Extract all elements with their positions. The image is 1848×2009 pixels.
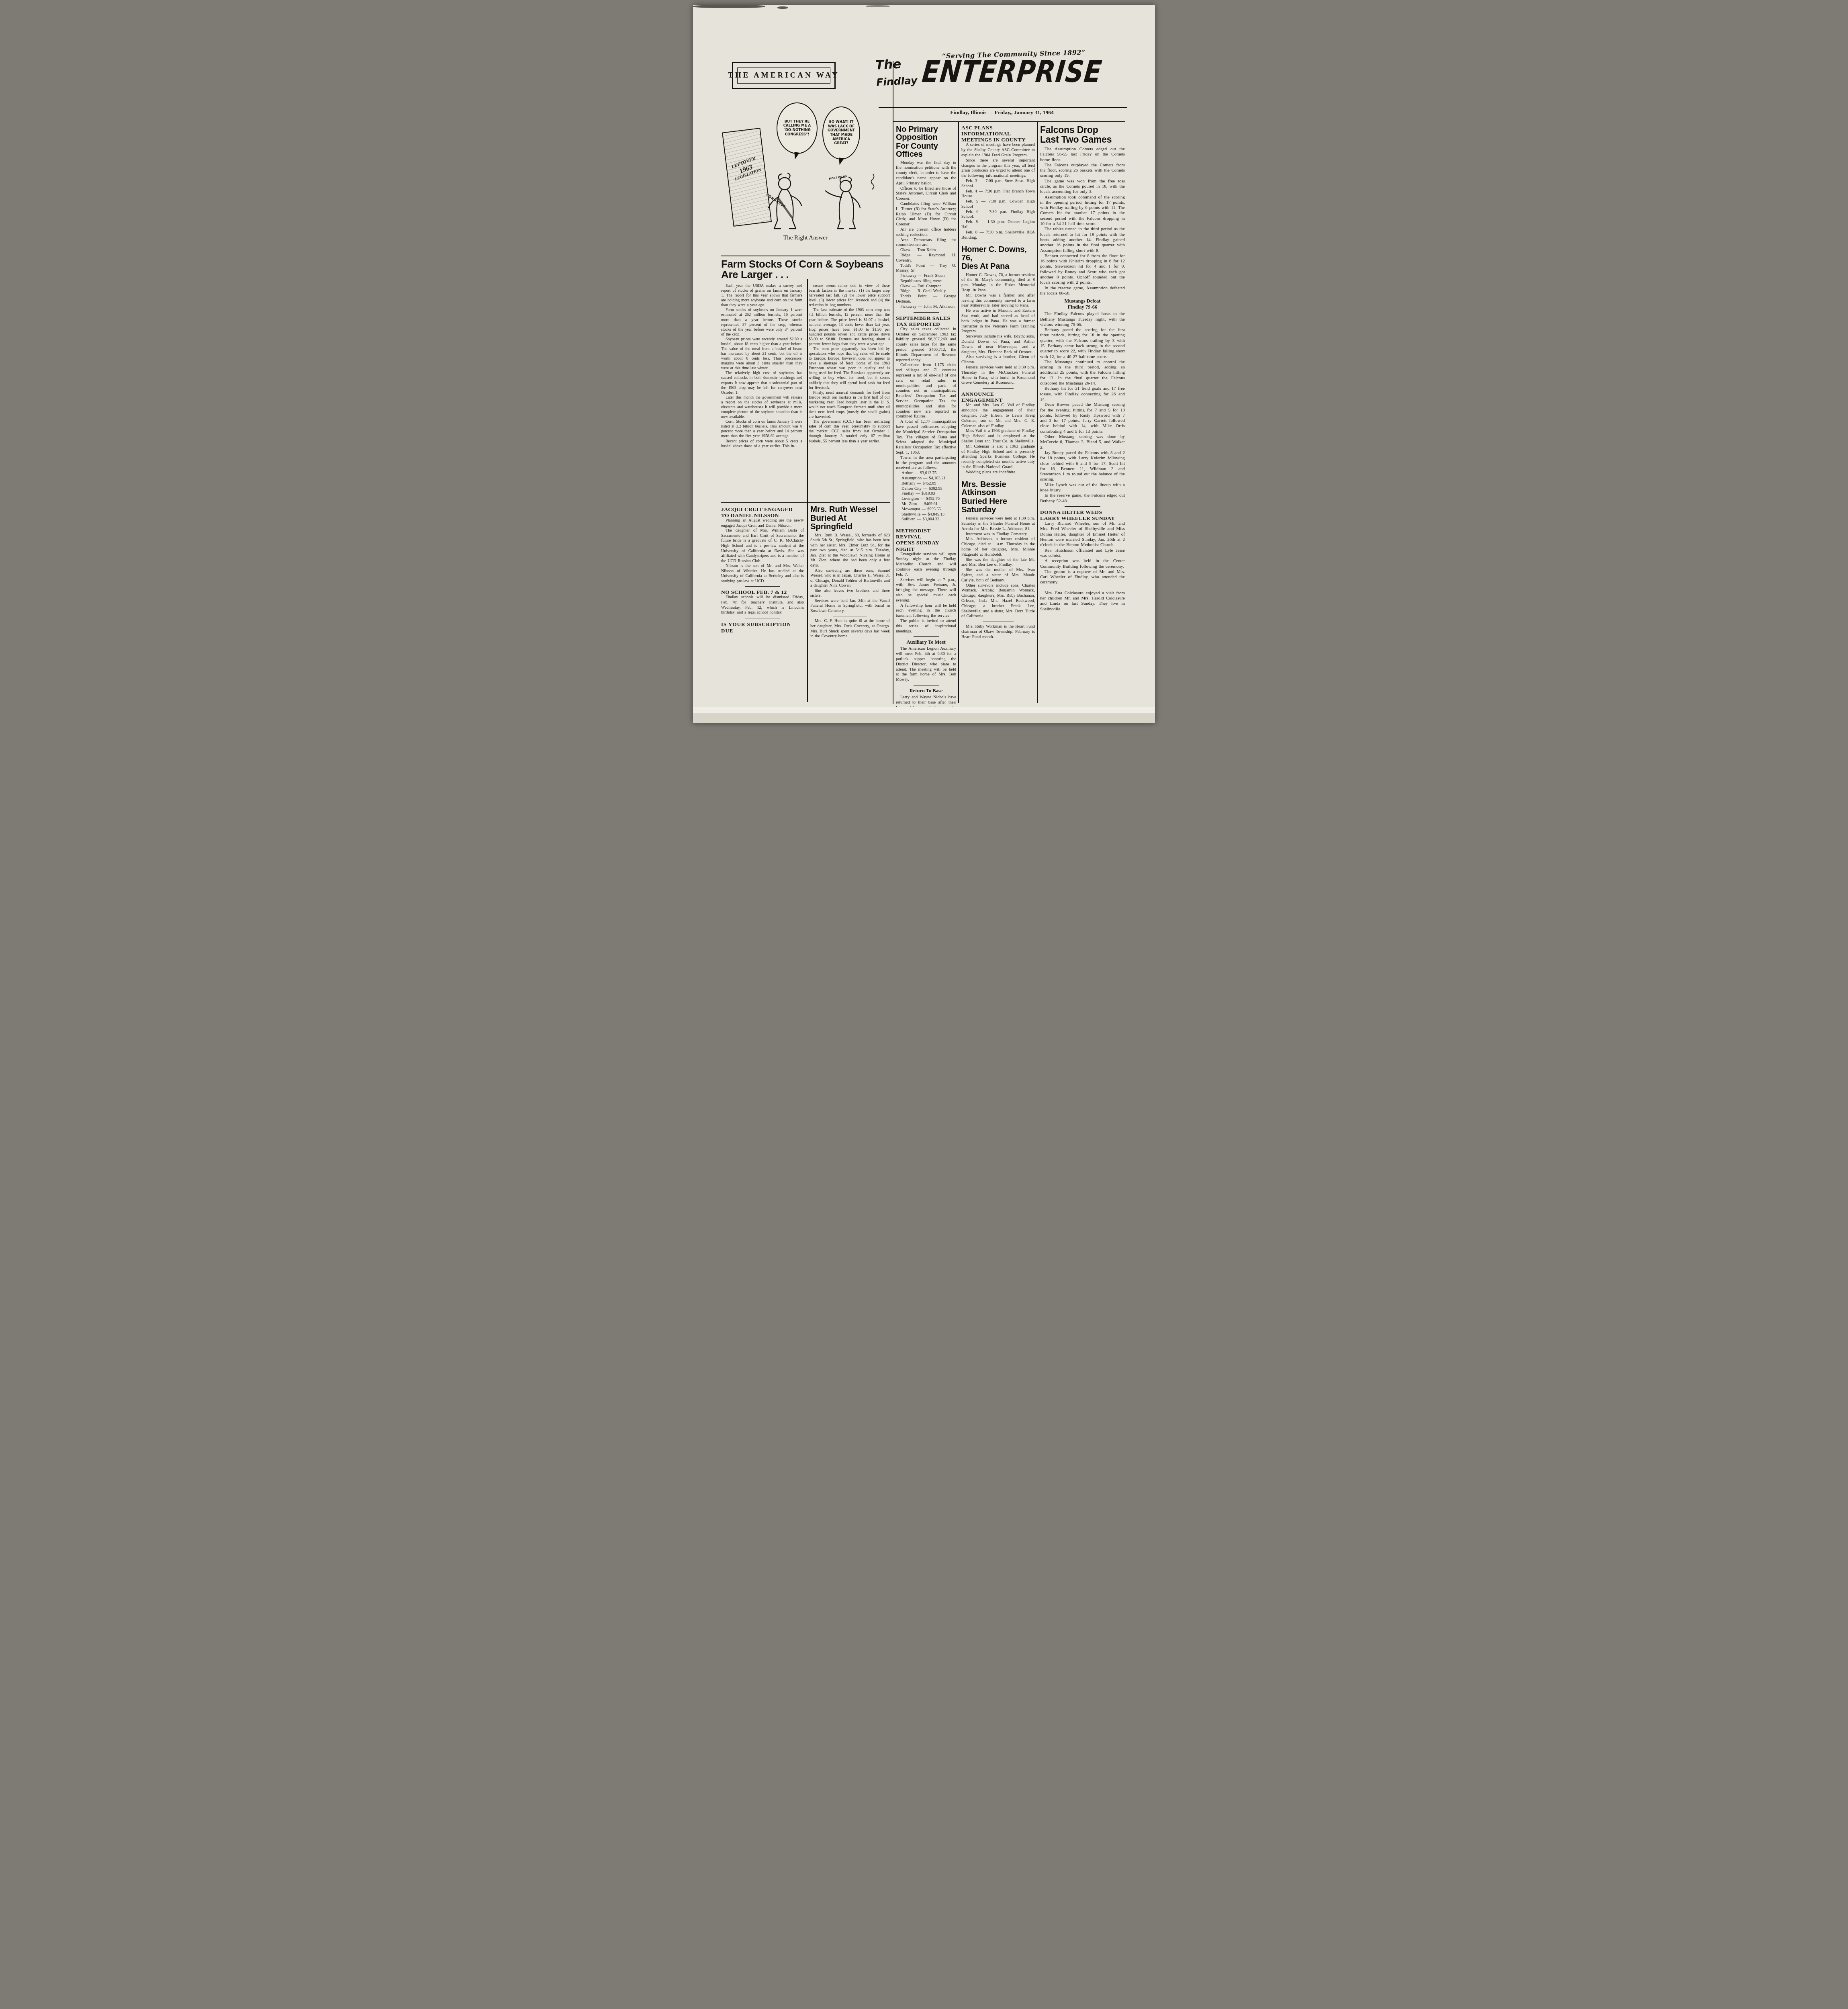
article-revival-body: Evangelistic services will open Sunday n…: [896, 552, 956, 634]
amount-line: Arthur — $3,012.75: [896, 471, 956, 476]
article-paragraph: City sales taxes collected in October on…: [896, 327, 956, 363]
article-paragraph: The Falcons outplayed the Comets from th…: [1040, 163, 1125, 179]
article-paragraph: Towns in the area participating in the p…: [896, 456, 956, 471]
article-sales-tax-body: City sales taxes collected in October on…: [896, 327, 956, 471]
article-paragraph: A total of 1,177 municipalities have pas…: [896, 419, 956, 456]
article-paragraph: Todd's Point — George Dedman.: [896, 294, 956, 305]
headline-no-primary-line2: For County Offices: [896, 142, 956, 159]
cartoon-caption: The Right Answer: [721, 235, 890, 241]
subhead-mustangs-line1: Mustangs Defeat: [1040, 298, 1125, 304]
article-paragraph: Mike Lynch was out of the lineup with a …: [1040, 483, 1125, 493]
section-divider: [1065, 506, 1100, 507]
amount-line: Assumption — $4,183.21: [896, 476, 956, 481]
article-no-primary-body: Monday was the final day to file nominat…: [896, 161, 956, 310]
meeting-line: Feb. 6 — 7:30 p.m. Findlay High School.: [961, 210, 1035, 220]
masthead: “Serving The Community Since 1892” The F…: [876, 50, 1128, 86]
scan-smudge: [693, 5, 765, 8]
article-paragraph: Evangelistic services will open Sunday n…: [896, 552, 956, 578]
page-bottom-margin: [693, 707, 1155, 713]
article-paragraph: Funeral services were held at 3:30 p.m. …: [961, 365, 1035, 386]
headline-falcons-line2: Last Two Games: [1040, 135, 1125, 144]
article-auxiliary-body: The American Legion Auxiliary will meet …: [896, 646, 956, 683]
kicker-no-school: NO SCHOOL FEB. 7 & 12: [721, 589, 804, 595]
column-b: ASC PLANS INFORMATIONAL MEETINGS IN COUN…: [961, 125, 1035, 640]
article-paragraph: The groom is a nephew of Mr. and Mrs. Ca…: [1040, 569, 1125, 585]
article-paragraph: The game was won from the free toss circ…: [1040, 179, 1125, 195]
meeting-line: Feb. 4 — 7:30 p.m. Flat Branch Town Hous…: [961, 189, 1035, 200]
article-paragraph: She was the mother of Mrs. Ivan Spicer, …: [961, 568, 1035, 583]
article-paragraph: Homer C. Downs, 76, a former resident of…: [961, 273, 1035, 293]
rule-colB-colC: [1037, 122, 1038, 703]
article-wessel-body: Mrs. Ruth B. Wessel, 68, formerly of 623…: [810, 533, 890, 614]
article-paragraph: Bethany paced the scoring for the first …: [1040, 327, 1125, 360]
scan-bottom-edge: [693, 713, 1155, 723]
article-engagement-body: Mr. and Mrs. Leo C. Vail of Findlay anno…: [961, 403, 1035, 475]
bottom-left-section: JACQUI CRUIT ENGAGED TO DANIEL NILSSON P…: [721, 506, 804, 634]
amount-line: Shelbyville — $4,845.13: [896, 512, 956, 518]
meeting-line: Feb. 8 — 7:30 p.m. Shelbyville REA Build…: [961, 230, 1035, 241]
article-paragraph: Pickaway — John M. Atkinson.: [896, 305, 956, 310]
section-divider: [914, 525, 939, 525]
article-paragraph: In the reserve game, Assumption defeated…: [1040, 286, 1125, 297]
article-heiter-body: Larry Richard Wheeler, son of Mr. and Mr…: [1040, 521, 1125, 585]
bottom-right-section: Mrs. Ruth Wessel Buried At Springfield M…: [810, 505, 890, 639]
headline-farm-stocks: Farm Stocks Of Corn & Soybeans Are Large…: [721, 259, 890, 280]
article-paragraph: Monday was the final day to file nominat…: [896, 161, 956, 186]
article-paragraph: The last estimate of the 1963 corn crop …: [809, 308, 890, 347]
article-paragraph: Okaw — Tom Keim.: [896, 248, 956, 253]
farm-stocks-right-column: crease seems rather odd in view of these…: [809, 284, 890, 449]
article-paragraph: Also surviving are three sons, Samuel We…: [810, 569, 890, 589]
meeting-line: Feb. 8 — 1:30 p.m. Oconee Legion Hall.: [961, 220, 1035, 230]
speech-bubble-congressman: BUT THEY'RE CALLING ME A "DO-NOTHING CON…: [777, 102, 818, 154]
article-paragraph: Other survivors include sons, Charles Wo…: [961, 583, 1035, 620]
article-paragraph: Bethany hit for 31 field goals and 17 fr…: [1040, 386, 1125, 402]
article-paragraph: Finaly, most unusual demands for feed fr…: [809, 391, 890, 419]
scan-smudge: [866, 5, 890, 7]
article-paragraph: A reception was held in the Center Commu…: [1040, 559, 1125, 569]
section-divider: [745, 586, 780, 587]
editorial-cartoon: LEFTOVER 1963 LEGISLATION BUT THEY'RE CA…: [721, 91, 890, 233]
headline-downs-line1: Homer C. Downs, 76,: [961, 245, 1035, 262]
article-paragraph: She also leaves two brothers and three s…: [810, 589, 890, 599]
article-paragraph: Since there are several important change…: [961, 158, 1035, 179]
article-paragraph: Offices to be filled are those of State'…: [896, 186, 956, 202]
article-paragraph: Miss Vail is a 1963 graduate of Findlay …: [961, 429, 1035, 444]
newspaper-page: “Serving The Community Since 1892” The F…: [693, 5, 1155, 723]
head-return-to-base: Return To Base: [896, 688, 956, 694]
headline-no-primary-line1: No Primary Opposition: [896, 125, 956, 142]
section-divider: [983, 388, 1014, 389]
masthead-rule: [879, 107, 1127, 108]
cartoon-title: THE AMERICAN WAY: [728, 71, 839, 80]
asc-meeting-list: Feb. 3 — 7:00 p.m. Stew.-Stras. High Sch…: [961, 179, 1035, 241]
masthead-the: The: [875, 57, 917, 72]
section-divider: [914, 636, 939, 637]
article-paragraph: Nilsson is the son of Mr. and Mrs. Walte…: [721, 564, 804, 584]
scan-smudge: [777, 6, 788, 9]
article-paragraph: The daughter of Mrs. William Barta of Sa…: [721, 528, 804, 564]
article-paragraph: Todd's Point — Troy O. Massey, Sr.: [896, 264, 956, 274]
article-paragraph: Interment was in Findlay Cemetery.: [961, 532, 1035, 537]
article-paragraph: Other Mustang scoring was done by McCorv…: [1040, 434, 1125, 450]
article-no-school-body: Findlay schools will be dismissed Friday…: [721, 595, 804, 615]
meeting-line: Feb. 3 — 7:00 p.m. Stew.-Stras. High Sch…: [961, 179, 1035, 189]
sales-tax-amounts-list: Arthur — $3,012.75Assumption — $4,183.21…: [896, 471, 956, 522]
kicker-sales-tax-line1: SEPTEMBER SALES: [896, 315, 956, 321]
headline-atkinson-line2: Buried Here Saturday: [961, 497, 1035, 514]
column-a: No Primary Opposition For County Offices…: [896, 125, 956, 723]
kicker-revival-line2: OPENS SUNDAY NIGHT: [896, 540, 956, 552]
kicker-heiter-line1: DONNA HEITER WEDS: [1040, 509, 1125, 515]
headline-wessel-line1: Mrs. Ruth Wessel: [810, 505, 890, 514]
article-paragraph: The public is invited to attend this ser…: [896, 619, 956, 634]
article-paragraph: Also surviving is a brother, Glenn of Cl…: [961, 355, 1035, 365]
farm-stocks-section: Farm Stocks Of Corn & Soybeans Are Large…: [721, 259, 890, 449]
article-paragraph: Corn. Stocks of corn on farms January 1 …: [721, 419, 802, 439]
article-paragraph: crease seems rather odd in view of these…: [809, 284, 890, 308]
kicker-revival-line1: METHODIST REVIVAL: [896, 528, 956, 540]
article-paragraph: Assumption took command of the scoring i…: [1040, 195, 1125, 227]
amount-line: Mt. Zion — $409.61: [896, 502, 956, 507]
article-paragraph: Planning an August wedding are the newly…: [721, 518, 804, 528]
article-paragraph: Soybean prices were recently around $2.8…: [721, 337, 802, 371]
meeting-line: Feb. 5 — 7:30 p.m. Cowden High School: [961, 199, 1035, 210]
headline-wessel-line2: Buried At Springfield: [810, 514, 890, 531]
article-paragraph: Each year the USDA makes a survey and re…: [721, 284, 802, 308]
masthead-dateline: Findlay, Illinois — Friday,, January 31,…: [876, 109, 1128, 116]
article-paragraph: In the reserve game, the Falcons edged o…: [1040, 493, 1125, 504]
article-paragraph: Area Democrats filing for committeemen a…: [896, 238, 956, 248]
article-paragraph: Mr. Coleman is also a 1963 graduate of F…: [961, 444, 1035, 470]
article-paragraph: Republicans filing were:: [896, 279, 956, 284]
article-paragraph: Funeral services were held at 1:30 p.m. …: [961, 516, 1035, 532]
headline-atkinson-line1: Mrs. Bessie Atkinson: [961, 481, 1035, 497]
article-paragraph: He was active in Masonic and Eastern Sta…: [961, 309, 1035, 334]
article-atkinson-body: Funeral services were held at 1:30 p.m. …: [961, 516, 1035, 619]
article-paragraph: Services will begin at 7 p.m., with Rev.…: [896, 578, 956, 604]
section-divider: [983, 478, 1014, 478]
headline-downs-line2: Dies At Pana: [961, 262, 1035, 270]
masthead-title-row: The Findlay ENTERPRISE: [876, 58, 1128, 86]
masthead-city: Findlay: [876, 75, 918, 87]
article-paragraph: Collections from 1,175 cities and villag…: [896, 363, 956, 419]
amount-line: Lovington — $492.76: [896, 497, 956, 502]
rule-news-top: [893, 121, 1125, 122]
article-paragraph: Dean Brewer paced the Mustang scoring fo…: [1040, 402, 1125, 434]
speech-bubble-citizen: SO WHAT! IT WAS LACK OF GOVERNMENT THAT …: [822, 106, 860, 160]
article-paragraph: Services were held Jan. 24th at the Vanc…: [810, 599, 890, 614]
article-paragraph: Candidates filing were William L. Turner…: [896, 202, 956, 227]
article-paragraph: Jay Roney paced the Falcons with 8 and 2…: [1040, 450, 1125, 483]
article-paragraph: Ridge — R. Cecil Weakly.: [896, 289, 956, 294]
kicker-asc-line1: ASC PLANS INFORMATIONAL: [961, 125, 1035, 137]
amount-line: Dalton City — $302.95: [896, 487, 956, 492]
article-jacqui-body: Planning an August wedding are the newly…: [721, 518, 804, 584]
kicker-heiter-line2: LARRY WHEELER SUNDAY: [1040, 515, 1125, 521]
section-divider: [983, 622, 1014, 622]
cartoon-title-box: THE AMERICAN WAY: [732, 62, 836, 89]
article-paragraph: The Findlay Falcons played hosts to the …: [1040, 311, 1125, 327]
colclasure-visit-note: Mrs. Etta Colclasure enjoyed a visit fro…: [1040, 591, 1125, 612]
subhead-mustangs-line2: Findlay 79-66: [1040, 304, 1125, 310]
kicker-asc-line2: MEETINGS IN COUNTY: [961, 137, 1035, 143]
section-divider: [983, 243, 1014, 243]
article-paragraph: The Mustangs continued to control the sc…: [1040, 360, 1125, 386]
article-paragraph: A series of meetings have been planned b…: [961, 143, 1035, 158]
article-paragraph: Bennett connected for 8 from the floor f…: [1040, 254, 1125, 286]
article-downs-body: Homer C. Downs, 76, a former resident of…: [961, 273, 1035, 386]
cartoon-title-inner-border: THE AMERICAN WAY: [737, 68, 830, 84]
amount-line: Sullivan — $3,004.32: [896, 517, 956, 522]
masthead-name: ENTERPRISE: [921, 58, 1103, 86]
article-paragraph: The tables turned in the third period as…: [1040, 227, 1125, 253]
article-paragraph: The government (CCC) has been restrictin…: [809, 419, 890, 444]
farm-stocks-columns: Each year the USDA makes a survey and re…: [721, 284, 890, 449]
section-divider: [1065, 588, 1100, 588]
article-paragraph: The relatively high cost of soybeans has…: [721, 371, 802, 395]
article-paragraph: She was the daughter of the late Mr. and…: [961, 558, 1035, 568]
headline-falcons-line1: Falcons Drop: [1040, 125, 1125, 135]
amount-line: Findlay — $318.83: [896, 491, 956, 497]
article-paragraph: Mrs. Atkinson, a former resident of Chic…: [961, 537, 1035, 557]
section-divider: [914, 312, 939, 313]
hunt-illness-note: Mrs. C. F. Hunt is quite ill at the home…: [810, 619, 890, 639]
article-paragraph: The American Legion Auxiliary will meet …: [896, 646, 956, 683]
section-divider: [745, 618, 780, 618]
article-mustangs-body: The Findlay Falcons played hosts to the …: [1040, 311, 1125, 504]
kicker-jacqui-line2: TO DANIEL NILSSON: [721, 512, 804, 518]
head-auxiliary: Auxiliary To Meet: [896, 639, 956, 645]
article-paragraph: Okaw — Earl Compton.: [896, 284, 956, 289]
article-paragraph: A fellowship hour will be held each even…: [896, 604, 956, 619]
rule-farm-bottom: [721, 502, 890, 503]
article-paragraph: Pickaway — Frank Sloan.: [896, 274, 956, 279]
article-paragraph: The corn price apparently has been bid b…: [809, 347, 890, 391]
kicker-jacqui-line1: JACQUI CRUIT ENGAGED: [721, 506, 804, 512]
column-c: Falcons Drop Last Two Games The Assumpti…: [1040, 125, 1125, 612]
article-paragraph: Mr. Downs was a farmer, and after leavin…: [961, 293, 1035, 309]
article-paragraph: The Assumption Comets edged out the Falc…: [1040, 147, 1125, 163]
rule-colA-colB: [958, 122, 959, 703]
article-paragraph: Mr. and Mrs. Leo C. Vail of Findlay anno…: [961, 403, 1035, 429]
article-falcons-body: The Assumption Comets edged out the Falc…: [1040, 147, 1125, 296]
kicker-engagement: ANNOUNCE ENGAGEMENT: [961, 391, 1035, 403]
amount-line: Moweaqua — $995.55: [896, 507, 956, 512]
rule-left-of-columns: [893, 61, 893, 704]
rule-farm-top: [721, 256, 890, 256]
article-paragraph: Ridge — Raymond H. Coventry.: [896, 253, 956, 264]
amount-line: Bethany — $452.09: [896, 481, 956, 487]
workman-heart-fund-note: Mrs. Ruby Workman is the Heart Fund chai…: [961, 624, 1035, 640]
section-divider: [914, 685, 939, 685]
article-paragraph: Survivors include his wife, Edyth; sons,…: [961, 334, 1035, 355]
article-asc-body: A series of meetings have been planned b…: [961, 143, 1035, 179]
article-paragraph: Wedding plans are indefinite.: [961, 470, 1035, 475]
article-paragraph: Larry Richard Wheeler, son of Mr. and Mr…: [1040, 521, 1125, 548]
article-paragraph: Farm stocks of soybeans on January 1 wer…: [721, 308, 802, 337]
article-paragraph: Rev. Hutchison officiated and Lyle Jesse…: [1040, 548, 1125, 559]
article-paragraph: Findlay schools will be dismissed Friday…: [721, 595, 804, 615]
article-paragraph: All are present office holders seeking r…: [896, 227, 956, 238]
subscription-due-footer: IS YOUR SUBSCRIPTION DUE: [721, 621, 804, 634]
kicker-sales-tax-line2: TAX REPORTED: [896, 321, 956, 327]
farm-stocks-left-column: Each year the USDA makes a survey and re…: [721, 284, 802, 449]
article-paragraph: Mrs. Ruth B. Wessel, 68, formerly of 623…: [810, 533, 890, 569]
masthead-title-left: The Findlay: [875, 57, 918, 87]
section-divider: [833, 616, 867, 616]
article-paragraph: Later this month the government will rel…: [721, 395, 802, 419]
article-paragraph: Recent prices of corn were about 5 cents…: [721, 439, 802, 449]
